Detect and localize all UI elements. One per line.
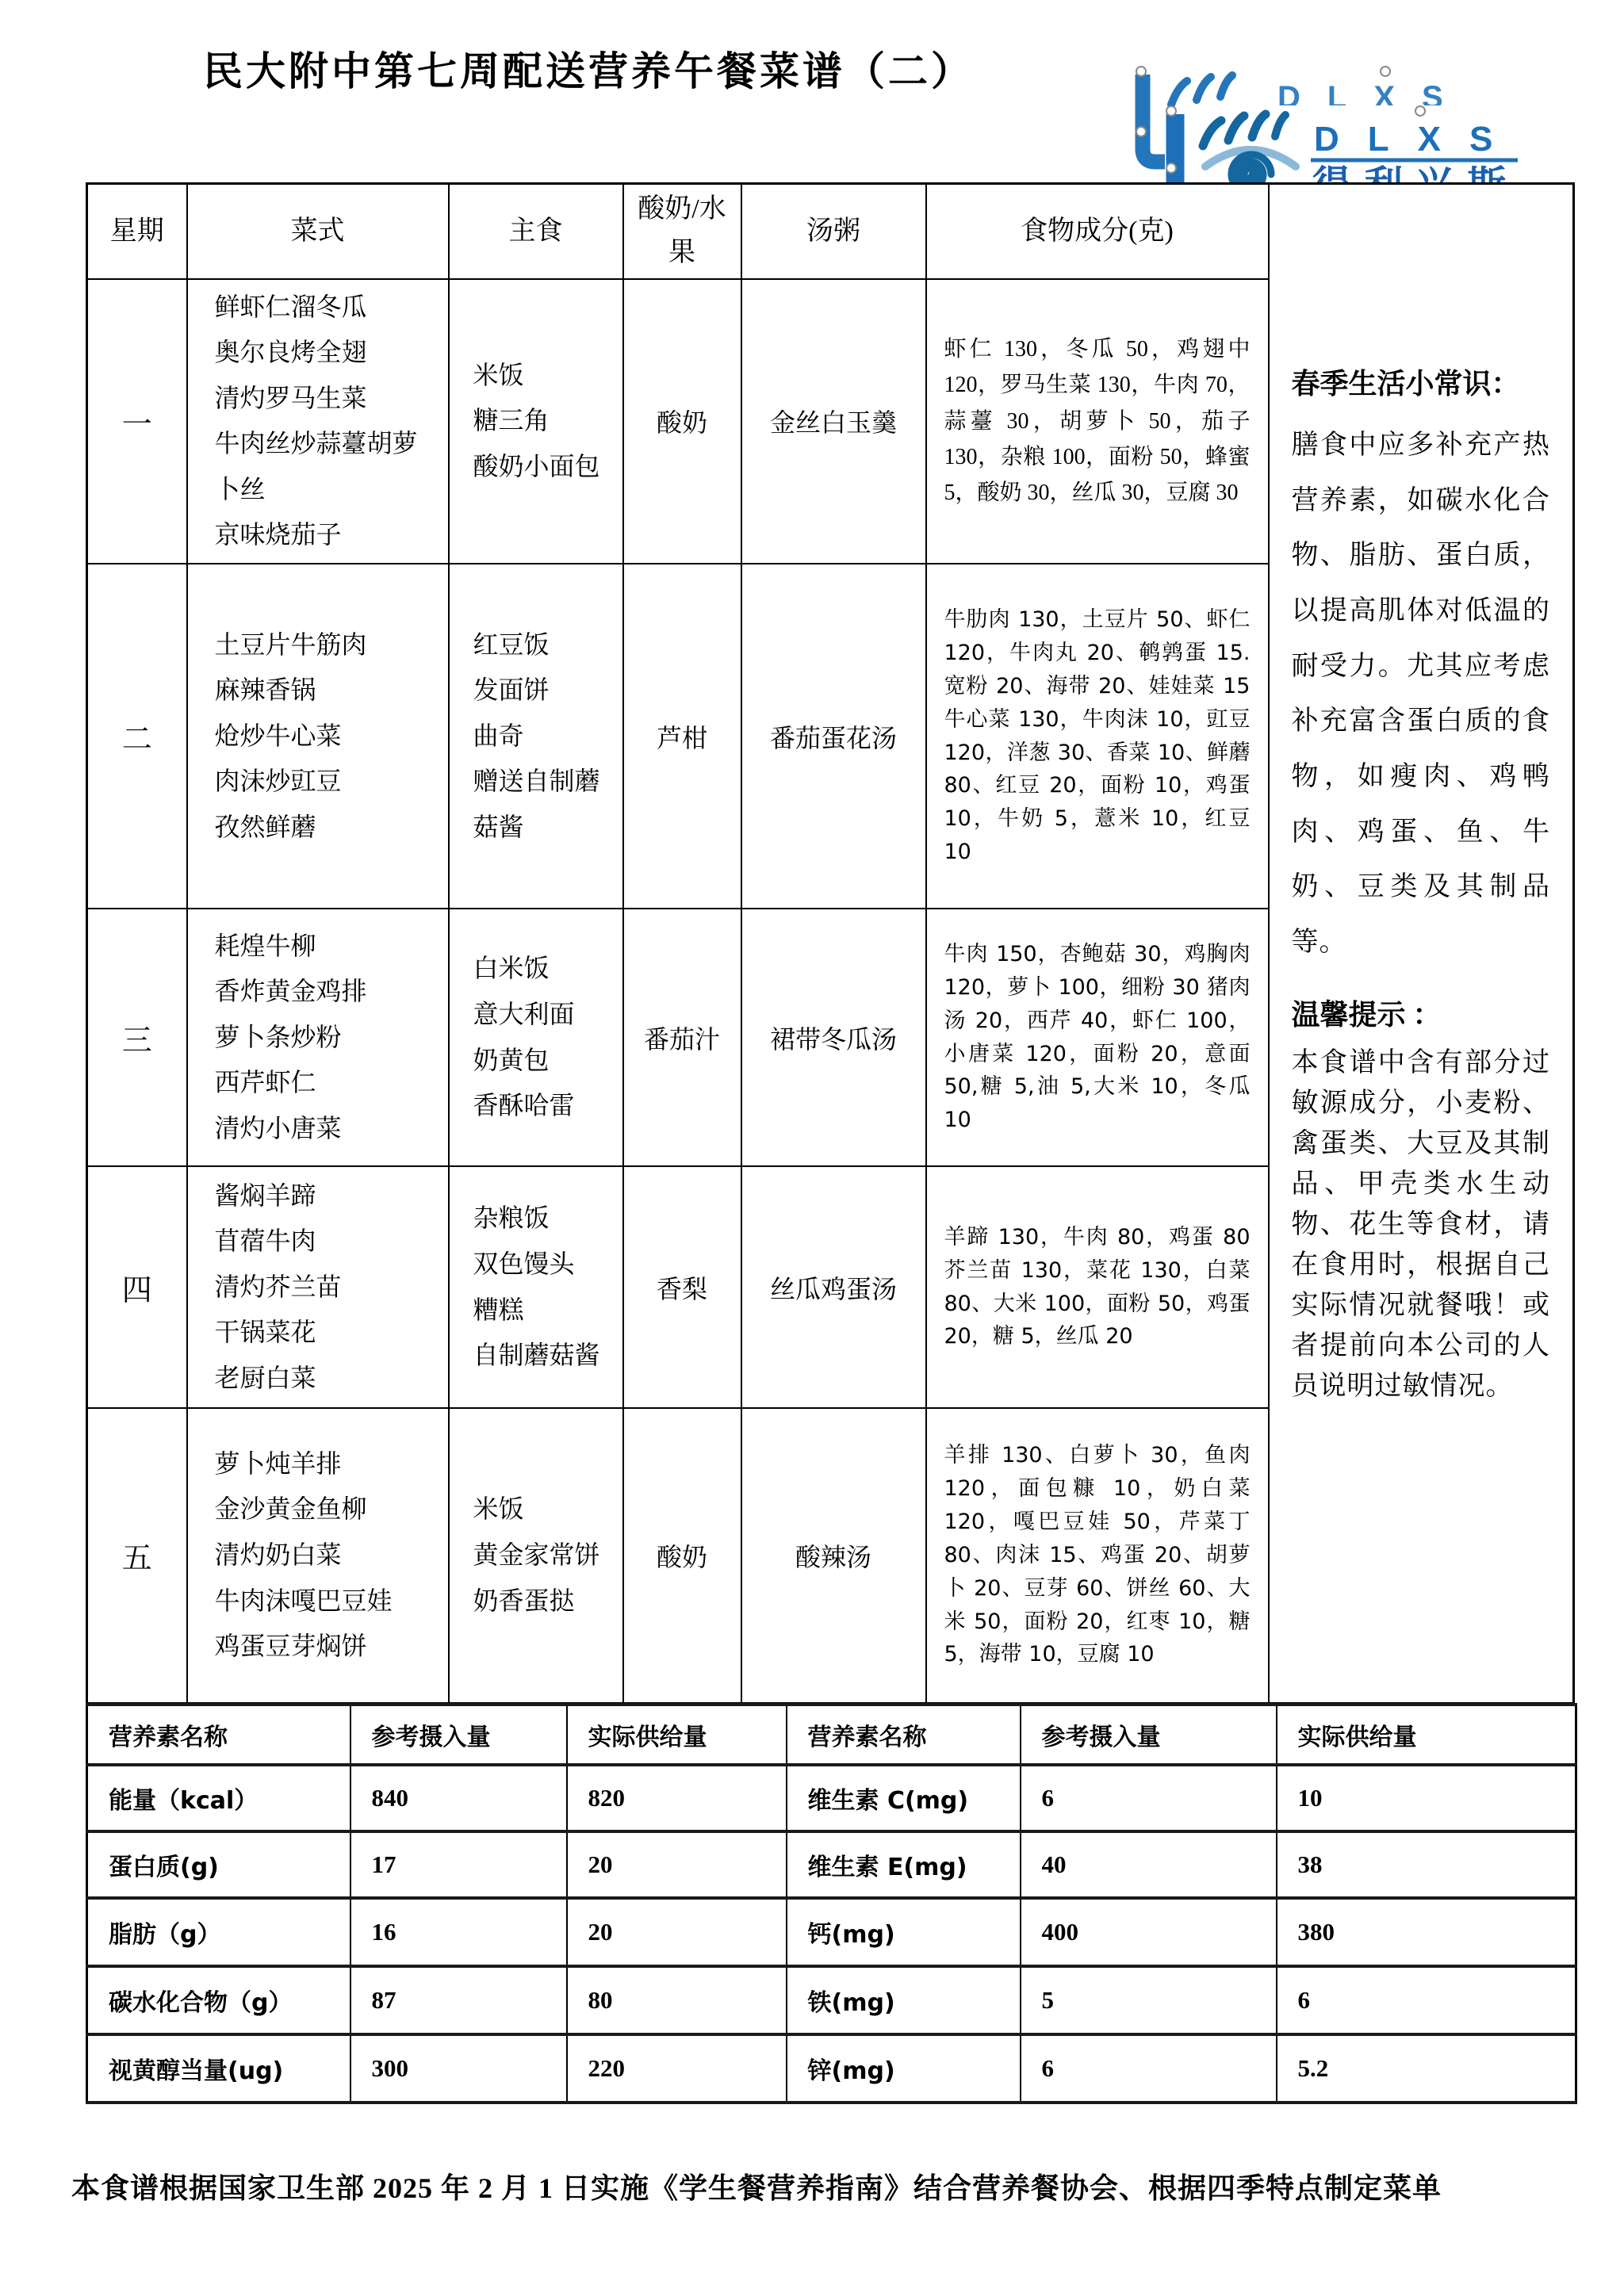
dish-line: 耗煌牛柳 xyxy=(215,924,440,970)
nutrient-label: 维生素 E(mg) xyxy=(787,1831,1021,1898)
nutrient-value: 300 xyxy=(350,2034,567,2103)
composition-text: 羊排 130、白萝卜 30，鱼肉 120，面包糠 10，奶白菜 120，嘎巴豆娃… xyxy=(944,1439,1251,1671)
nutrient-label: 碳水化合物（g） xyxy=(87,1966,350,2034)
nutrient-label: 脂肪（g） xyxy=(87,1898,350,1966)
soup-cell: 番茄蛋花汤 xyxy=(741,564,926,909)
yogurt-fruit-cell: 芦柑 xyxy=(623,564,741,909)
staple-line: 奶香蛋挞 xyxy=(473,1578,616,1624)
staples-cell: 白米饭 意大利面 奶黄包 香酥哈雷 xyxy=(449,909,623,1166)
dishes-cell: 鲜虾仁溜冬瓜 奥尔良烤全翅 清灼罗马生菜 牛肉丝炒蒜薹胡萝卜丝 京味烧茄子 xyxy=(187,279,449,564)
dish-line: 清灼罗马生菜 xyxy=(215,376,440,422)
nutrient-label: 维生素 C(mg) xyxy=(787,1765,1021,1831)
staples-cell: 杂粮饭 双色馒头 糟糕 自制蘑菇酱 xyxy=(449,1166,623,1408)
actual-supply-header: 实际供给量 xyxy=(567,1705,787,1765)
dish-line: 香炸黄金鸡排 xyxy=(215,969,440,1015)
composition-text: 羊蹄 130，牛肉 80，鸡蛋 80 芥兰苗 130，菜花 130，白菜 80、… xyxy=(944,1221,1251,1353)
nutrient-label: 蛋白质(g) xyxy=(87,1831,350,1898)
dish-line: 萝卜条炒粉 xyxy=(215,1015,440,1061)
staple-line: 曲奇 xyxy=(473,714,616,760)
soup-cell: 酸辣汤 xyxy=(741,1408,926,1703)
dishes-cell: 酱焖羊蹄 苜蓿牛肉 清灼芥兰苗 干锅菜花 老厨白菜 xyxy=(187,1166,449,1408)
nutrient-value: 6 xyxy=(1277,1966,1576,2034)
dishes-cell: 耗煌牛柳 香炸黄金鸡排 萝卜条炒粉 西芹虾仁 清灼小唐菜 xyxy=(187,909,449,1166)
dish-line: 京味烧茄子 xyxy=(215,512,440,558)
staple-line: 双色馒头 xyxy=(473,1242,616,1288)
nutrient-label: 能量（kcal） xyxy=(87,1765,350,1831)
day-cell: 三 xyxy=(87,909,187,1166)
staple-line: 奶黄包 xyxy=(473,1038,616,1084)
nutrient-value: 840 xyxy=(350,1765,567,1831)
nutrient-value: 220 xyxy=(567,2034,787,2103)
dishes-cell: 萝卜炖羊排 金沙黄金鱼柳 清灼奶白菜 牛肉沫嘎巴豆娃 鸡蛋豆芽焖饼 xyxy=(187,1408,449,1703)
staples-cell: 米饭 黄金家常饼 奶香蛋挞 xyxy=(449,1408,623,1703)
nutrient-label: 视黄醇当量(ug) xyxy=(87,2034,350,2103)
staple-line: 自制蘑菇酱 xyxy=(473,1333,616,1379)
composition-text: 牛肉 150，杏鲍菇 30，鸡胸肉 120，萝卜 100，细粉 30 猪肉汤 2… xyxy=(944,938,1251,1137)
dish-line: 酱焖羊蹄 xyxy=(215,1173,440,1219)
header-day: 星期 xyxy=(87,184,187,279)
composition-text: 牛肋肉 130，土豆片 50、虾仁 120，牛肉丸 20、鹌鹑蛋 15.宽粉 2… xyxy=(944,603,1251,869)
nutrition-header-row: 营养素名称 参考摄入量 实际供给量 营养素名称 参考摄入量 实际供给量 xyxy=(87,1705,1576,1765)
nutrient-value: 38 xyxy=(1277,1831,1576,1898)
dish-line: 鲜虾仁溜冬瓜 xyxy=(215,285,440,331)
yogurt-fruit-cell: 酸奶 xyxy=(623,279,741,564)
nutrient-value: 5.2 xyxy=(1277,2034,1576,2103)
staple-line: 意大利面 xyxy=(473,992,616,1038)
nutrient-label: 锌(mg) xyxy=(787,2034,1021,2103)
day-cell: 五 xyxy=(87,1408,187,1703)
nutrient-value: 5 xyxy=(1021,1966,1277,2034)
soup-cell: 金丝白玉羹 xyxy=(741,279,926,564)
yogurt-fruit-cell: 酸奶 xyxy=(623,1408,741,1703)
yogurt-fruit-cell: 香梨 xyxy=(623,1166,741,1408)
dish-line: 牛肉丝炒蒜薹胡萝卜丝 xyxy=(215,421,440,512)
dish-line: 清灼小唐菜 xyxy=(215,1106,440,1152)
nutrition-row: 碳水化合物（g） 87 80 铁(mg) 5 6 xyxy=(87,1966,1576,2034)
dish-line: 萝卜炖羊排 xyxy=(215,1441,440,1487)
staple-line: 发面饼 xyxy=(473,668,616,714)
reference-intake-header: 参考摄入量 xyxy=(1021,1705,1277,1765)
nutrient-value: 20 xyxy=(567,1831,787,1898)
nutrient-value: 20 xyxy=(567,1898,787,1966)
staple-line: 白米饭 xyxy=(473,946,616,992)
dish-line: 肉沫炒豇豆 xyxy=(215,759,440,805)
nutrient-label: 钙(mg) xyxy=(787,1898,1021,1966)
day-cell: 二 xyxy=(87,564,187,909)
nutrient-name-header: 营养素名称 xyxy=(87,1705,350,1765)
dish-line: 牛肉沫嘎巴豆娃 xyxy=(215,1578,440,1624)
soup-cell: 裙带冬瓜汤 xyxy=(741,909,926,1166)
staples-cell: 红豆饭 发面饼 曲奇 赠送自制蘑菇酱 xyxy=(449,564,623,909)
nutrient-value: 400 xyxy=(1021,1898,1277,1966)
dish-line: 老厨白菜 xyxy=(215,1356,440,1402)
spring-tips-title: 春季生活小常识： xyxy=(1292,362,1551,402)
sidebar-cell: 春季生活小常识： 膳食中应多补充产热营养素，如碳水化合物、脂肪、蛋白质，以提高肌… xyxy=(1269,184,1574,1704)
staples-cell: 米饭 糖三角 酸奶小面包 xyxy=(449,279,623,564)
staple-line: 米饭 xyxy=(473,1487,616,1533)
dish-line: 苜蓿牛肉 xyxy=(215,1219,440,1265)
logo-letters: DLXS xyxy=(1314,120,1521,159)
reference-intake-header: 参考摄入量 xyxy=(350,1705,567,1765)
nutrient-value: 820 xyxy=(567,1765,787,1831)
dish-line: 清灼奶白菜 xyxy=(215,1533,440,1578)
nutrient-value: 87 xyxy=(350,1966,567,2034)
nutrient-label: 铁(mg) xyxy=(787,1966,1021,2034)
header-soup: 汤粥 xyxy=(741,184,926,279)
nutrition-row: 视黄醇当量(ug) 300 220 锌(mg) 6 5.2 xyxy=(87,2034,1576,2103)
staple-line: 赠送自制蘑菇酱 xyxy=(473,759,616,850)
nutrient-name-header: 营养素名称 xyxy=(787,1705,1021,1765)
staple-line: 红豆饭 xyxy=(473,622,616,668)
nutrient-value: 10 xyxy=(1277,1765,1576,1831)
nutrient-value: 16 xyxy=(350,1898,567,1966)
yogurt-fruit-cell: 番茄汁 xyxy=(623,909,741,1166)
nutrient-value: 6 xyxy=(1021,1765,1277,1831)
composition-cell: 羊排 130、白萝卜 30，鱼肉 120，面包糠 10，奶白菜 120，嘎巴豆娃… xyxy=(926,1408,1269,1703)
dish-line: 干锅菜花 xyxy=(215,1310,440,1356)
dish-line: 金沙黄金鱼柳 xyxy=(215,1487,440,1533)
dishes-cell: 土豆片牛筋肉 麻辣香锅 炝炒牛心菜 肉沫炒豇豆 孜然鲜蘑 xyxy=(187,564,449,909)
staple-line: 黄金家常饼 xyxy=(473,1533,616,1578)
dish-line: 清灼芥兰苗 xyxy=(215,1265,440,1311)
dish-line: 土豆片牛筋肉 xyxy=(215,622,440,668)
nutrition-row: 蛋白质(g) 17 20 维生素 E(mg) 40 38 xyxy=(87,1831,1576,1898)
dish-line: 炝炒牛心菜 xyxy=(215,714,440,760)
nutrient-value: 380 xyxy=(1277,1898,1576,1966)
footer-note: 本食谱根据国家卫生部 2025 年 2 月 1 日实施《学生餐营养指南》结合营养… xyxy=(71,2166,1483,2206)
weekly-menu-table: 星期 菜式 主食 酸奶/水果 汤粥 食物成分(克) 春季生活小常识： 膳食中应多… xyxy=(86,182,1575,1705)
allergy-notice-body: 本食谱中含有部分过敏源成分，小麦粉、禽蛋类、大豆及其制品、甲壳类水生动物、花生等… xyxy=(1292,1043,1551,1406)
dish-line: 奥尔良烤全翅 xyxy=(215,330,440,376)
menu-document-page: 民大附中第七周配送营养午餐菜谱（二） DLXS xyxy=(0,0,1624,2296)
soup-cell: 丝瓜鸡蛋汤 xyxy=(741,1166,926,1408)
composition-cell: 羊蹄 130，牛肉 80，鸡蛋 80 芥兰苗 130，菜花 130，白菜 80、… xyxy=(926,1166,1269,1408)
nutrient-value: 80 xyxy=(567,1966,787,2034)
spring-tips-body: 膳食中应多补充产热营养素，如碳水化合物、脂肪、蛋白质，以提高肌体对低温的耐受力。… xyxy=(1292,418,1551,970)
dish-line: 孜然鲜蘑 xyxy=(215,805,440,851)
nutrient-value: 6 xyxy=(1021,2034,1277,2103)
menu-header-row: 星期 菜式 主食 酸奶/水果 汤粥 食物成分(克) 春季生活小常识： 膳食中应多… xyxy=(87,184,1574,279)
staple-line: 杂粮饭 xyxy=(473,1196,616,1242)
actual-supply-header: 实际供给量 xyxy=(1277,1705,1576,1765)
nutrient-value: 40 xyxy=(1021,1831,1277,1898)
dish-line: 麻辣香锅 xyxy=(215,668,440,714)
dish-line: 西芹虾仁 xyxy=(215,1060,440,1106)
nutrient-value: 17 xyxy=(350,1831,567,1898)
composition-cell: 虾仁 130，冬瓜 50，鸡翅中 120，罗马生菜 130，牛肉 70，蒜薹 3… xyxy=(926,279,1269,564)
day-cell: 一 xyxy=(87,279,187,564)
composition-cell: 牛肋肉 130，土豆片 50、虾仁 120，牛肉丸 20、鹌鹑蛋 15.宽粉 2… xyxy=(926,564,1269,909)
staple-line: 糟糕 xyxy=(473,1288,616,1334)
header-staple: 主食 xyxy=(449,184,623,279)
composition-cell: 牛肉 150，杏鲍菇 30，鸡胸肉 120，萝卜 100，细粉 30 猪肉汤 2… xyxy=(926,909,1269,1166)
header-dishes: 菜式 xyxy=(187,184,449,279)
staple-line: 香酥哈雷 xyxy=(473,1083,616,1129)
composition-text: 虾仁 130，冬瓜 50，鸡翅中 120，罗马生菜 130，牛肉 70，蒜薹 3… xyxy=(944,331,1251,511)
staple-line: 酸奶小面包 xyxy=(473,444,616,490)
allergy-notice-title: 温馨提示 ： xyxy=(1292,993,1551,1033)
nutrition-row: 脂肪（g） 16 20 钙(mg) 400 380 xyxy=(87,1898,1576,1966)
header-yogurt-fruit: 酸奶/水果 xyxy=(623,184,741,279)
nutrition-row: 能量（kcal） 840 820 维生素 C(mg) 6 10 xyxy=(87,1765,1576,1831)
staple-line: 糖三角 xyxy=(473,398,616,444)
day-cell: 四 xyxy=(87,1166,187,1408)
dish-line: 鸡蛋豆芽焖饼 xyxy=(215,1624,440,1670)
staple-line: 米饭 xyxy=(473,353,616,399)
page-title: 民大附中第七周配送营养午餐菜谱（二） xyxy=(203,40,974,97)
header-composition: 食物成分(克) xyxy=(926,184,1269,279)
nutrition-table: 营养素名称 参考摄入量 实际供给量 营养素名称 参考摄入量 实际供给量 能量（k… xyxy=(86,1703,1577,2104)
